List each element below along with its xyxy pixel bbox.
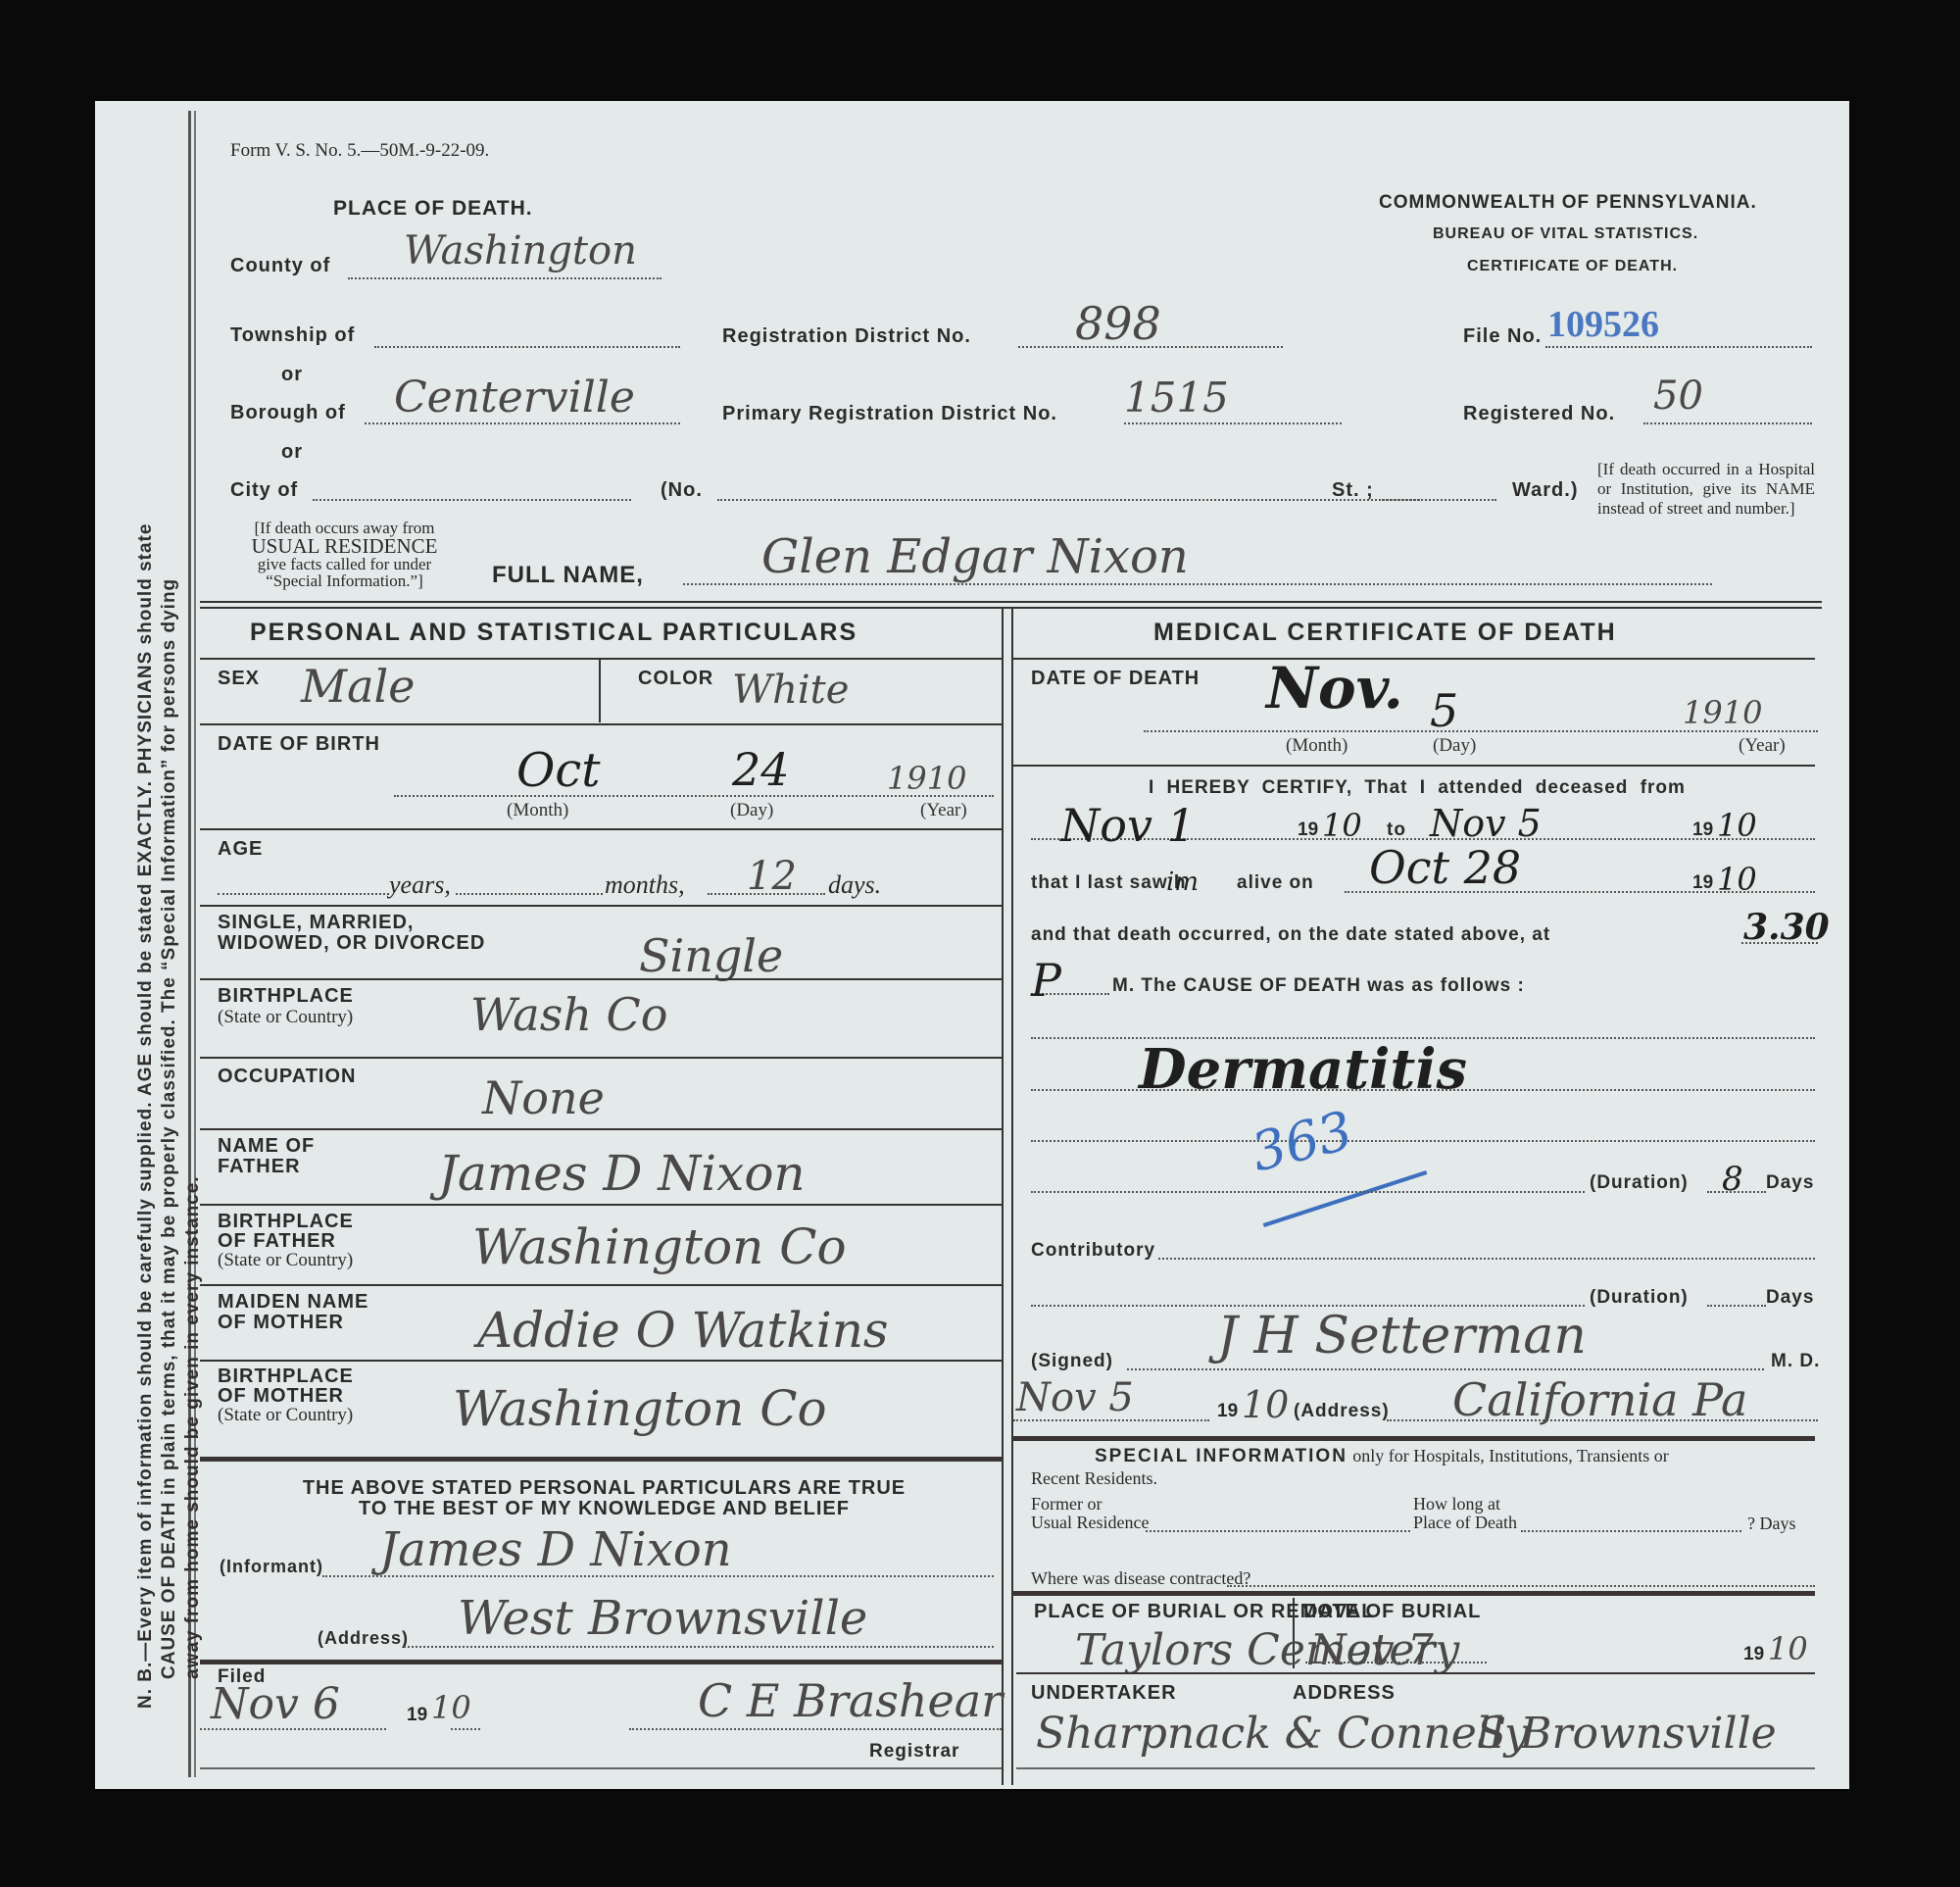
- code-underline: [1263, 1170, 1428, 1227]
- column-divider: [1002, 609, 1004, 1785]
- row-divider: [1013, 658, 1815, 660]
- row-divider: [1013, 1591, 1815, 1596]
- former-residence-label: Former or Usual Residence: [1031, 1495, 1149, 1532]
- informant-label: (Informant): [220, 1557, 323, 1577]
- registrar-signature[interactable]: C E Brashear: [698, 1674, 1003, 1727]
- mother-birthplace-field[interactable]: Washington Co: [453, 1380, 827, 1437]
- row-divider: [200, 1660, 1002, 1664]
- duration-line: [1031, 1191, 1585, 1193]
- death-occurred-statement: and that death occurred, on the date sta…: [1031, 924, 1550, 946]
- contributory-days-label: Days: [1766, 1287, 1814, 1309]
- attended-to-year-prefix: 19: [1692, 819, 1713, 841]
- occupation-field[interactable]: None: [482, 1071, 605, 1124]
- age-years-label: years,: [389, 870, 451, 900]
- row-divider: [200, 1128, 1002, 1130]
- birth-date-label: DATE OF BIRTH: [218, 733, 380, 756]
- row-divider: [200, 1204, 1002, 1206]
- physician-address-label: (Address): [1294, 1401, 1390, 1422]
- physician-signature[interactable]: J H Setterman: [1217, 1307, 1587, 1366]
- sex-label: SEX: [218, 668, 260, 690]
- md-label: M. D.: [1771, 1351, 1820, 1372]
- duration-days-label: Days: [1766, 1172, 1814, 1194]
- borough-line: [365, 422, 680, 424]
- primary-district-field[interactable]: 1515: [1124, 373, 1229, 422]
- column-divider: [1011, 609, 1013, 1785]
- street-number-label: (No.: [661, 479, 703, 502]
- father-birthplace-label: BIRTHPLACE OF FATHER (State or Country): [218, 1212, 354, 1270]
- duration-label: (Duration): [1590, 1172, 1689, 1194]
- informant-field[interactable]: James D Nixon: [379, 1522, 732, 1577]
- day-caption: (Day): [730, 800, 773, 821]
- alive-on-label: alive on: [1237, 872, 1314, 894]
- city-label: City of: [230, 479, 298, 502]
- age-days-field[interactable]: 12: [747, 854, 797, 899]
- township-line: [374, 346, 680, 348]
- burial-year-prefix: 19: [1743, 1644, 1764, 1665]
- primary-district-label: Primary Registration District No.: [722, 403, 1057, 425]
- father-name-label: NAME OF FATHER: [218, 1136, 315, 1177]
- borough-label: Borough of: [230, 402, 346, 424]
- ward-line: [1379, 499, 1496, 501]
- birth-month-field[interactable]: Oct: [516, 743, 601, 798]
- how-long-days-label: ? Days: [1747, 1514, 1795, 1534]
- attended-from-year-field[interactable]: 10: [1322, 807, 1362, 844]
- father-name-field[interactable]: James D Nixon: [438, 1145, 806, 1202]
- attended-to-year-field[interactable]: 10: [1717, 807, 1757, 844]
- bureau-title: BUREAU OF VITAL STATISTICS.: [1433, 225, 1698, 243]
- year-caption: (Year): [920, 800, 967, 821]
- filed-year-prefix: 19: [407, 1705, 427, 1726]
- street-label: St. ;: [1332, 479, 1374, 502]
- or-label-2: or: [281, 441, 303, 464]
- contributory-label: Contributory: [1031, 1240, 1155, 1262]
- color-field[interactable]: White: [732, 668, 849, 713]
- mother-maiden-name-label: MAIDEN NAME OF MOTHER: [218, 1292, 368, 1333]
- special-information-subheading: Recent Residents.: [1031, 1468, 1157, 1489]
- birthplace-field[interactable]: Wash Co: [470, 988, 667, 1041]
- mother-maiden-name-field[interactable]: Addie O Watkins: [477, 1302, 889, 1359]
- signed-year-field[interactable]: 10: [1242, 1383, 1289, 1426]
- filed-year-field[interactable]: 10: [431, 1689, 471, 1726]
- cause-of-death-statement: M. The CAUSE OF DEATH was as follows :: [1112, 975, 1525, 997]
- row-divider: [1016, 1767, 1815, 1769]
- row-divider: [200, 723, 1002, 725]
- marital-status-field[interactable]: Single: [639, 929, 783, 982]
- physician-address-field[interactable]: California Pa: [1452, 1373, 1747, 1426]
- sex-field[interactable]: Male: [301, 660, 415, 713]
- informant-address-label: (Address): [318, 1628, 409, 1649]
- sex-color-divider: [599, 660, 601, 722]
- attended-from-field[interactable]: Nov 1: [1060, 799, 1196, 852]
- death-time-field[interactable]: 3.30: [1743, 907, 1830, 948]
- registered-number-label: Registered No.: [1463, 403, 1615, 425]
- agency-title: COMMONWEALTH OF PENNSYLVANIA.: [1379, 192, 1757, 214]
- meridiem-field[interactable]: P: [1031, 954, 1061, 1007]
- last-saw-pronoun-field[interactable]: im: [1166, 868, 1199, 897]
- undertaker-field[interactable]: Sharpnack & Connelly: [1036, 1709, 1529, 1759]
- signed-label: (Signed): [1031, 1351, 1113, 1372]
- margin-instructions: N. B.—Every item of information should b…: [134, 209, 205, 1709]
- row-divider: [200, 1457, 1002, 1462]
- primary-district-line: [1124, 422, 1342, 424]
- color-label: COLOR: [638, 668, 713, 690]
- place-of-death-heading: PLACE OF DEATH.: [333, 197, 533, 221]
- birthplace-hint: (State or Country): [218, 1007, 353, 1028]
- undertaker-label: UNDERTAKER: [1031, 1682, 1177, 1705]
- burial-date-field[interactable]: Nov 7: [1310, 1625, 1434, 1673]
- disease-contracted-label: Where was disease contracted?: [1031, 1568, 1250, 1589]
- marital-status-label: SINGLE, MARRIED, WIDOWED, OR DIVORCED: [218, 913, 485, 954]
- registered-number-field[interactable]: 50: [1653, 373, 1703, 419]
- registration-district-field[interactable]: 898: [1075, 297, 1161, 350]
- contributory-duration-label: (Duration): [1590, 1287, 1689, 1309]
- disease-contracted-line: [1227, 1585, 1815, 1587]
- registrar-line: [629, 1728, 1002, 1730]
- contributory-line: [1158, 1258, 1815, 1260]
- attended-to-label: to: [1387, 819, 1406, 841]
- full-name-field[interactable]: Glen Edgar Nixon: [761, 529, 1189, 584]
- file-number-stamp: 109526: [1547, 303, 1659, 346]
- row-divider: [1016, 1672, 1815, 1674]
- father-birthplace-field[interactable]: Washington Co: [472, 1218, 847, 1275]
- signed-date-field[interactable]: Nov 5: [1016, 1375, 1134, 1420]
- usual-residence-note: [If death occurs away from USUAL RESIDEN…: [229, 520, 460, 589]
- registration-district-label: Registration District No.: [722, 325, 971, 348]
- mother-birthplace-label: BIRTHPLACE OF MOTHER (State or Country): [218, 1366, 354, 1425]
- filed-date-field[interactable]: Nov 6: [211, 1679, 340, 1729]
- death-year-caption: (Year): [1739, 735, 1786, 757]
- filed-year-line: [451, 1728, 480, 1730]
- last-saw-label: that I last saw h: [1031, 872, 1186, 894]
- row-divider: [1013, 1436, 1815, 1441]
- document-title: CERTIFICATE OF DEATH.: [1467, 258, 1678, 275]
- month-caption: (Month): [507, 800, 568, 821]
- county-label: County of: [230, 255, 330, 277]
- city-line: [313, 499, 631, 501]
- row-divider: [200, 1057, 1002, 1059]
- death-date-label: DATE OF DEATH: [1031, 668, 1200, 690]
- death-year-field[interactable]: 1910: [1683, 694, 1762, 731]
- township-label: Township of: [230, 324, 355, 347]
- special-information-heading: SPECIAL INFORMATION only for Hospitals, …: [1095, 1446, 1669, 1467]
- cause-line: [1031, 1140, 1815, 1142]
- full-name-label: FULL NAME,: [492, 562, 644, 589]
- cause-of-death-field[interactable]: Dermatitis: [1139, 1037, 1467, 1102]
- undertaker-address-field[interactable]: S Brownsville: [1477, 1709, 1777, 1759]
- age-months-line: [456, 893, 603, 895]
- divider: [200, 601, 1822, 603]
- contributory-duration-value-line: [1707, 1305, 1766, 1307]
- attestation-statement: THE ABOVE STATED PERSONAL PARTICULARS AR…: [215, 1478, 994, 1519]
- form-number: Form V. S. No. 5.—50M.-9-22-09.: [230, 140, 489, 162]
- registrar-label: Registrar: [869, 1741, 959, 1763]
- file-number-line: [1545, 346, 1812, 348]
- age-years-line: [218, 893, 389, 895]
- death-day-field[interactable]: 5: [1430, 684, 1458, 737]
- county-field[interactable]: Washington: [404, 228, 637, 273]
- attended-from-year-prefix: 19: [1298, 819, 1318, 841]
- age-days-label: days.: [828, 870, 881, 900]
- row-divider: [200, 905, 1002, 907]
- former-residence-line: [1146, 1530, 1410, 1532]
- row-divider: [200, 1284, 1002, 1286]
- row-divider: [200, 828, 1002, 830]
- last-saw-year-prefix: 19: [1692, 872, 1713, 894]
- birthplace-label: BIRTHPLACE: [218, 985, 354, 1008]
- or-label-1: or: [281, 364, 303, 386]
- how-long-line: [1521, 1530, 1741, 1532]
- attended-to-field[interactable]: Nov 5: [1430, 802, 1542, 845]
- classification-code-stamp: 363: [1246, 1099, 1358, 1183]
- burial-date-label: DATE OF BURIAL: [1303, 1601, 1481, 1623]
- county-line: [348, 277, 661, 279]
- ward-label: Ward.): [1512, 479, 1578, 502]
- birth-year-field[interactable]: 1910: [887, 760, 966, 797]
- age-label: AGE: [218, 838, 263, 861]
- personal-section-heading: PERSONAL AND STATISTICAL PARTICULARS: [250, 619, 857, 647]
- how-long-label: How long at Place of Death: [1413, 1495, 1517, 1532]
- registered-number-line: [1643, 422, 1812, 424]
- last-saw-date-field[interactable]: Oct 28: [1369, 841, 1521, 894]
- signature-line: [1127, 1368, 1764, 1370]
- occupation-label: OCCUPATION: [218, 1066, 356, 1088]
- row-divider: [200, 1767, 1002, 1769]
- row-divider: [200, 1360, 1002, 1362]
- death-day-caption: (Day): [1433, 735, 1476, 757]
- certify-statement: I HEREBY CERTIFY, That I attended deceas…: [1149, 777, 1686, 799]
- birth-day-field[interactable]: 24: [732, 743, 790, 796]
- age-months-label: months,: [605, 870, 685, 900]
- row-divider: [1013, 765, 1815, 767]
- file-number-label: File No.: [1463, 325, 1542, 348]
- death-certificate: N. B.—Every item of information should b…: [95, 101, 1849, 1789]
- street-line: [717, 499, 1423, 501]
- hospital-note: [If death occurred in a Hospital or Inst…: [1597, 460, 1815, 519]
- burial-year-field[interactable]: 10: [1768, 1630, 1808, 1667]
- undertaker-address-label: ADDRESS: [1293, 1682, 1396, 1705]
- death-month-caption: (Month): [1286, 735, 1347, 757]
- informant-address-field[interactable]: West Brownsville: [458, 1591, 867, 1646]
- last-saw-year-field[interactable]: 10: [1717, 861, 1757, 898]
- medical-section-heading: MEDICAL CERTIFICATE OF DEATH: [1153, 619, 1617, 647]
- borough-field[interactable]: Centerville: [394, 372, 635, 422]
- row-divider: [200, 978, 1002, 980]
- informant-address-line: [404, 1646, 994, 1648]
- signed-year-prefix: 19: [1217, 1401, 1238, 1422]
- duration-field[interactable]: 8: [1722, 1160, 1743, 1199]
- death-month-field[interactable]: Nov.: [1266, 655, 1403, 721]
